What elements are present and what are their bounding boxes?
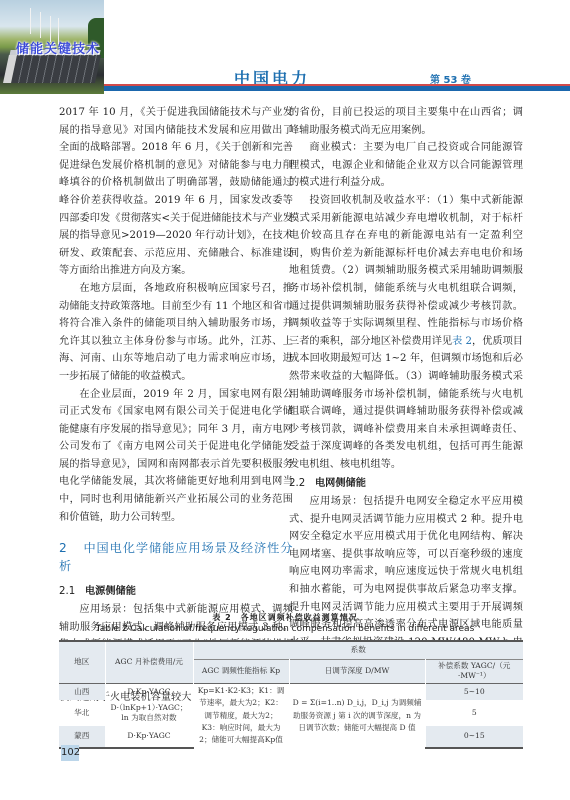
- paragraph: 商业模式：主要为电厂自己投资或合同能源管理模式，电源企业和储能企业双方以合同能源…: [289, 139, 523, 192]
- cell-y: 0~15: [425, 726, 523, 748]
- section-number: 2.1: [59, 583, 85, 601]
- table-caption-en: Table 2 Calculation of frequency regulat…: [0, 624, 570, 634]
- header-d: 日调节深度 D/MW: [289, 659, 425, 683]
- section-number: 2.2: [289, 475, 315, 493]
- page-header: 储能关键技术 中国电力 第 53 卷: [0, 0, 570, 92]
- compensation-table: 地区 AGC 月补偿费用/元 系数 AGC 调频性能指标 Kp 日调节深度 D/…: [59, 640, 523, 749]
- table-row: 山西 D·Kp·YAGC Kp=K1·K2·K3；K1：调节速率，最大为2；K2…: [59, 683, 523, 700]
- cell-kp-shared: Kp=K1·K2·K3；K1：调节速率，最大为2；K2：调节精度，最大为2；K3…: [193, 683, 289, 748]
- cell-agc-fee: D·（lnKp+1）·YAGC；ln 为取自然对数: [105, 700, 193, 726]
- section-title: 中国电化学储能应用场景及经济性分析: [59, 541, 293, 573]
- right-column: 的省份，目前已投运的项目主要集中在山西省；调峰辅助服务模式尚无应用案例。 商业模…: [289, 104, 523, 669]
- cell-d-shared: D = Σ(i=1..n) D_i,j，D_i,j 为调频辅助服务资源 j 第 …: [289, 683, 425, 748]
- page-number: 102: [61, 745, 79, 761]
- banner-title: 储能关键技术: [16, 38, 100, 57]
- cell-region: 山西: [59, 683, 105, 700]
- table-caption-zh: 表 2 各地区调频补偿收益测算情况: [0, 612, 570, 623]
- header-coefficients: 系数: [193, 641, 523, 659]
- paragraph: 在地方层面，各地政府积极响应国家号召，推动储能支持政策落地。目前至少有 11 个…: [59, 280, 293, 386]
- section-title: 电源侧储能: [85, 586, 136, 597]
- header-agc-fee: AGC 月补偿费用/元: [105, 641, 193, 683]
- paragraph: 投资回收机制及收益水平：（1）集中式新能源模式采用新能源电站减少弃电增收机制，对…: [289, 192, 523, 474]
- paragraph: 2017 年 10 月，《关于促进我国储能技术与产业发展的指导意见》对国内储能技…: [59, 104, 293, 280]
- cell-agc-fee: D·Kp·YAGC: [105, 726, 193, 748]
- paragraph: 在企业层面，2019 年 2 月，国家电网有限公司正式发布《国家电网有限公司关于…: [59, 386, 293, 527]
- cell-region: 华北: [59, 700, 105, 726]
- cell-y: 5: [425, 700, 523, 726]
- header-region: 地区: [59, 641, 105, 683]
- energy-storage-banner-image: 储能关键技术: [0, 0, 104, 94]
- header-y: 补偿系数 YAGC/（元·MW⁻¹）: [425, 659, 523, 683]
- section-heading-2-2: 2.2电网侧储能: [289, 475, 523, 493]
- section-heading-2-1: 2.1电源侧储能: [59, 583, 293, 601]
- cell-y: 5~10: [425, 683, 523, 700]
- section-title: 电网侧储能: [315, 478, 366, 489]
- cell-agc-fee: D·Kp·YAGC: [105, 683, 193, 700]
- paragraph-text: ，优质项目成本回收期最短可达 1~2 年，但调频市场饱和后必然带来收益的大幅降低…: [289, 336, 523, 470]
- paragraph: 的省份，目前已投运的项目主要集中在山西省；调峰辅助服务模式尚无应用案例。: [289, 104, 523, 139]
- section-number: 2: [59, 540, 83, 558]
- paragraph-text: 投资回收机制及收益水平：（1）集中式新能源模式采用新能源电站减少弃电增收机制，对…: [289, 195, 523, 347]
- section-heading-2: 2中国电化学储能应用场景及经济性分析: [59, 540, 293, 575]
- table-2-reference-link[interactable]: 表 2: [452, 336, 472, 347]
- header-rule-blue: [104, 86, 570, 91]
- header-kp: AGC 调频性能指标 Kp: [193, 659, 289, 683]
